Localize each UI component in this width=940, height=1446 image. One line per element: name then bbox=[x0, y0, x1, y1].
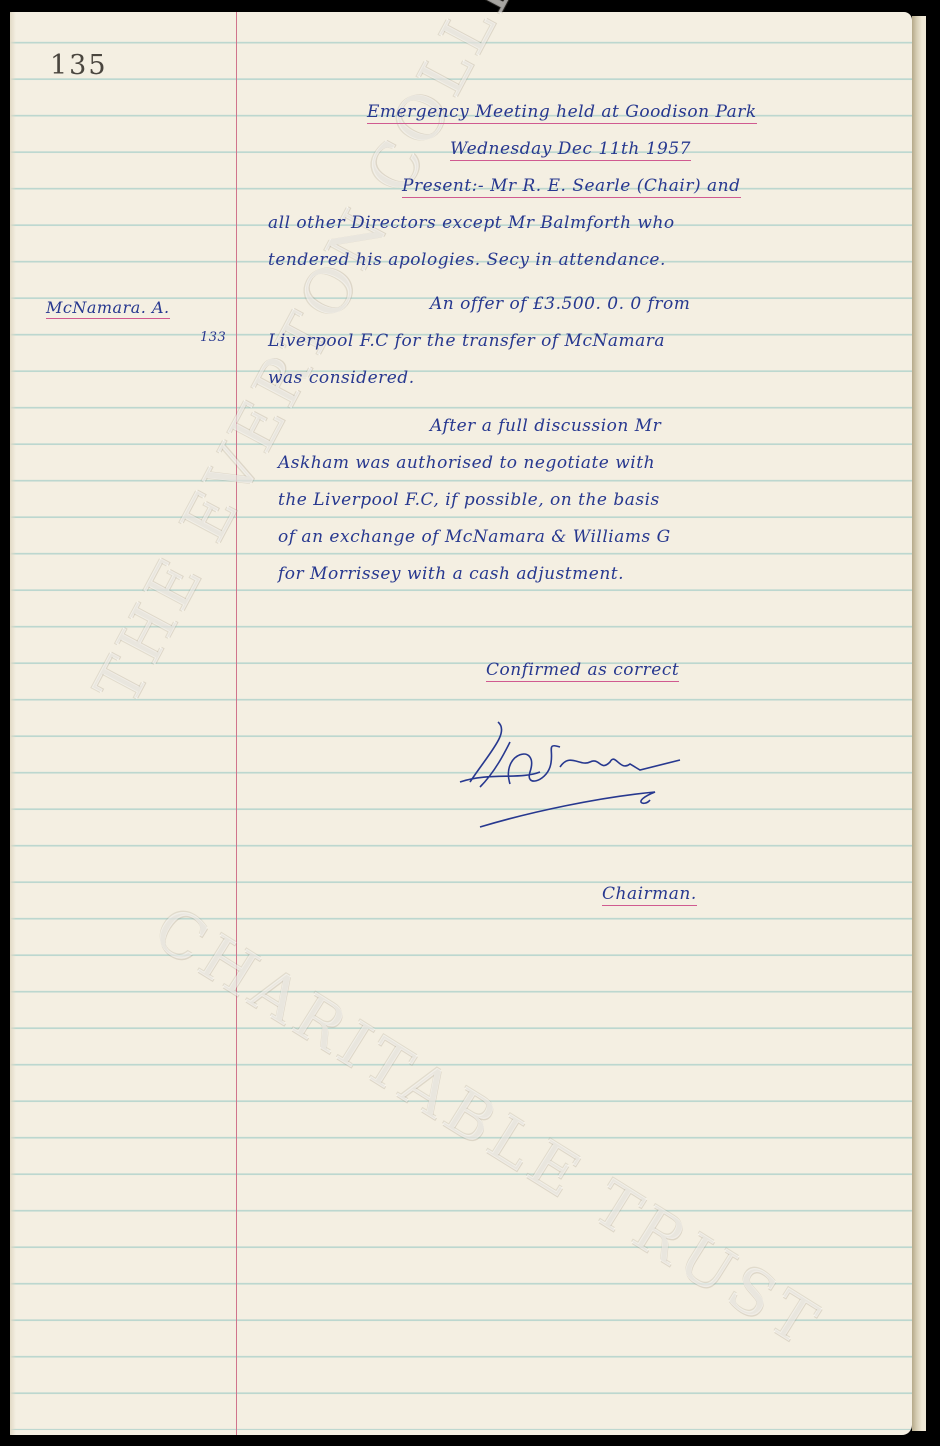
signature-text: R E Searle bbox=[450, 712, 451, 713]
discussion-body-line: of an exchange of McNamara & Williams G bbox=[278, 527, 671, 547]
discussion-line: After a full discussion Mr bbox=[430, 416, 661, 436]
meeting-heading: Emergency Meeting held at Goodison Park bbox=[367, 102, 757, 124]
page-number: 135 bbox=[50, 50, 108, 81]
present-line-text: Present:- Mr R. E. Searle (Chair) and bbox=[402, 176, 741, 198]
present-line: Present:- Mr R. E. Searle (Chair) and bbox=[402, 176, 741, 196]
body-line: all other Directors except Mr Balmforth … bbox=[268, 213, 675, 233]
watermark-line-2: CHARITABLE TRUST bbox=[141, 892, 834, 1363]
discussion-body-line: for Morrissey with a cash adjustment. bbox=[278, 564, 624, 584]
offer-body-line: was considered. bbox=[268, 368, 415, 388]
margin-rule bbox=[236, 12, 237, 1435]
discussion-body-line: Askham was authorised to negotiate with bbox=[278, 453, 655, 473]
signatory-role: Chairman. bbox=[602, 884, 697, 906]
next-page-edge bbox=[912, 16, 926, 1431]
offer-body-line: Liverpool F.C for the transfer of McNama… bbox=[268, 331, 665, 351]
minute-book-page: 135 THE EVERTON COLLECTION CHARITABLE TR… bbox=[10, 12, 912, 1435]
body-line: tendered his apologies. Secy in attendan… bbox=[268, 250, 666, 270]
offer-line: An offer of £3.500. 0. 0 from bbox=[430, 294, 690, 314]
margin-note-reference: 133 bbox=[200, 330, 226, 345]
meeting-date: Wednesday Dec 11th 1957 bbox=[450, 139, 691, 161]
discussion-body-line: the Liverpool F.C, if possible, on the b… bbox=[278, 490, 660, 510]
margin-note-name: McNamara. A. bbox=[46, 298, 170, 319]
chairman-signature: R E Searle bbox=[450, 712, 690, 842]
confirmation-text: Confirmed as correct bbox=[486, 660, 679, 682]
signature-icon bbox=[450, 712, 690, 842]
